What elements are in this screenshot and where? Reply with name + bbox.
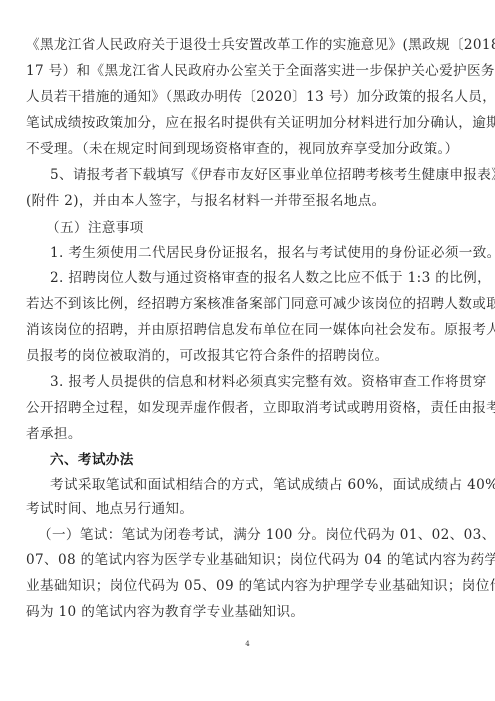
paragraph-line: 业基础知识；岗位代码为 05、09 的笔试内容为护理学专业基础知识；岗位代 <box>26 577 472 595</box>
paragraph-line: 公开招聘全过程，如发现弄虚作假者，立即取消考试或聘用资格，责任由报考 <box>26 399 472 417</box>
paragraph-line: 5、请报考者下载填写《伊春市友好区事业单位招聘考核考生健康申报表》 <box>50 166 472 184</box>
paragraph-line: 员报考的岗位被取消的，可改报其它符合条件的招聘岗位。 <box>26 347 472 365</box>
paragraph-line: （一）笔试：笔试为闭卷考试，满分 100 分。岗位代码为 01、02、03、06… <box>38 526 472 544</box>
section-subheading: （五）注意事项 <box>46 219 468 237</box>
paragraph-line: 1. 考生须使用二代居民身份证报名，报名与考试使用的身份证必须一致。 <box>50 244 472 262</box>
paragraph-line: 码为 10 的笔试内容为教育学专业基础知识。 <box>26 603 472 621</box>
paragraph-line: 人员若干措施的通知》（黑政办明传〔2020〕13 号）加分政策的报名人员， <box>26 88 472 106</box>
page-number: 4 <box>0 640 495 648</box>
paragraph-line: 不受理。（未在规定时间到现场资格审查的，视同放弃享受加分政策。） <box>26 140 472 158</box>
paragraph-line: 若达不到该比例，经招聘方案核准备案部门同意可减少该岗位的招聘人数或取 <box>26 295 472 313</box>
paragraph-line: 消该岗位的招聘，并由原招聘信息发布单位在同一媒体向社会发布。原报考人 <box>26 321 472 339</box>
paragraph-line: 考试采取笔试和面试相结合的方式，笔试成绩占 60%，面试成绩占 40%。 <box>50 476 472 494</box>
document-page: 《黑龙江省人民政府关于退役士兵安置改革工作的实施意见》(黑政规〔2018〕 17… <box>0 0 495 701</box>
paragraph-line: 考试时间、地点另行通知。 <box>26 500 472 518</box>
paragraph-line: (附件 2)，并由本人签字，与报名材料一并带至报名地点。 <box>26 192 472 210</box>
paragraph-line: 者承担。 <box>26 425 472 443</box>
paragraph-line: 17 号）和《黑龙江省人民政府办公室关于全面落实进一步保护关心爱护医务 <box>26 62 472 80</box>
paragraph-line: 3. 报考人员提供的信息和材料必须真实完整有效。资格审查工作将贯穿 <box>50 373 472 391</box>
paragraph-line: 《黑龙江省人民政府关于退役士兵安置改革工作的实施意见》(黑政规〔2018〕 <box>26 36 472 54</box>
paragraph-line: 2. 招聘岗位人数与通过资格审查的报名人数之比应不低于 1:3 的比例， <box>50 269 472 287</box>
section-heading: 六、考试办法 <box>50 451 472 469</box>
paragraph-line: 笔试成绩按政策加分，应在报名时提供有关证明加分材料进行加分确认，逾期 <box>26 114 472 132</box>
paragraph-line: 07、08 的笔试内容为医学专业基础知识；岗位代码为 04 的笔试内容为药学专 <box>26 551 472 569</box>
